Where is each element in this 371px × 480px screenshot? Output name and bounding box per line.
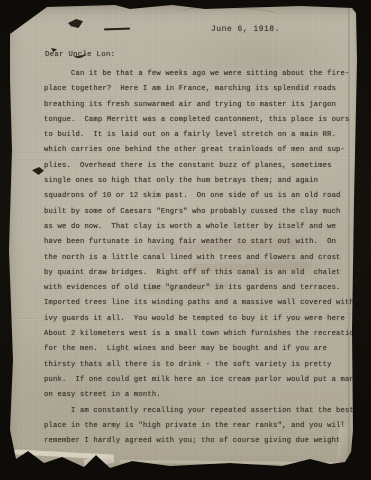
scan-background: June 6, 1918. Dear Uncle Lon: Can it be …	[0, 0, 371, 480]
letter-line: to build. It is laid out on a fairly lev…	[44, 128, 364, 143]
letter-line: I am constantly recalling your repeated …	[44, 404, 364, 419]
pencil-mark	[104, 28, 130, 31]
letter-line: single ones so high that only the hum be…	[44, 174, 364, 189]
letter-line: on easy street in a month.	[44, 388, 364, 403]
letter-line: ivy guards it all. You would be tempted …	[44, 312, 364, 327]
letter-line: plies. Overhead there is the constant bu…	[44, 159, 364, 174]
letter-line: remember I hardly agreed with you; tho o…	[44, 434, 364, 449]
pencil-mark	[68, 19, 83, 28]
pencil-mark	[32, 167, 44, 175]
letter-line: About 2 kilometers west is a small town …	[44, 327, 364, 342]
letter-line: breathing its fresh sunwarmed air and tr…	[44, 98, 364, 113]
letter-page: June 6, 1918. Dear Uncle Lon: Can it be …	[0, 0, 371, 480]
letter-line: squadrons of 10 or 12 skim past. On one …	[44, 189, 364, 204]
letter-line: place together? Here I am in France, mar…	[44, 82, 364, 97]
wrinkle-highlight	[336, 424, 356, 465]
letter-line: thirsty thats all there is to drink - th…	[44, 358, 364, 373]
letter-date: June 6, 1918.	[211, 25, 280, 34]
letter-line: punk. If one could get milk here an ice …	[44, 373, 364, 388]
letter-line: which carries one behind the other great…	[44, 143, 364, 158]
letter-line: built by some of Caesars "Engrs" who pro…	[44, 205, 364, 220]
letter-line: Imported trees line its winding paths an…	[44, 296, 364, 311]
letter-line: as we do now. That clay is worth a whole…	[44, 220, 364, 235]
letter-line: place in the army is "high private in th…	[44, 419, 364, 434]
letter-body: Can it be that a few weeks ago we were s…	[44, 67, 364, 449]
torn-edge-highlight	[120, 460, 340, 465]
fold-crease-top	[178, 5, 282, 24]
letter-line: the north is a little canal lined with t…	[44, 251, 364, 266]
torn-edge-highlight	[14, 449, 114, 459]
letter-line: by quaint draw bridges. Right off of thi…	[44, 266, 364, 281]
letter-line: with evidences of old time "grandeur" in…	[44, 281, 364, 296]
letter-line: Can it be that a few weeks ago we were s…	[44, 67, 364, 82]
letter-line: for the men. Light wines and beer may be…	[44, 342, 364, 357]
letter-line: have been furtunate in having fair weath…	[44, 235, 364, 250]
letter-line: tongue. Camp Merritt was a completed can…	[44, 113, 364, 128]
